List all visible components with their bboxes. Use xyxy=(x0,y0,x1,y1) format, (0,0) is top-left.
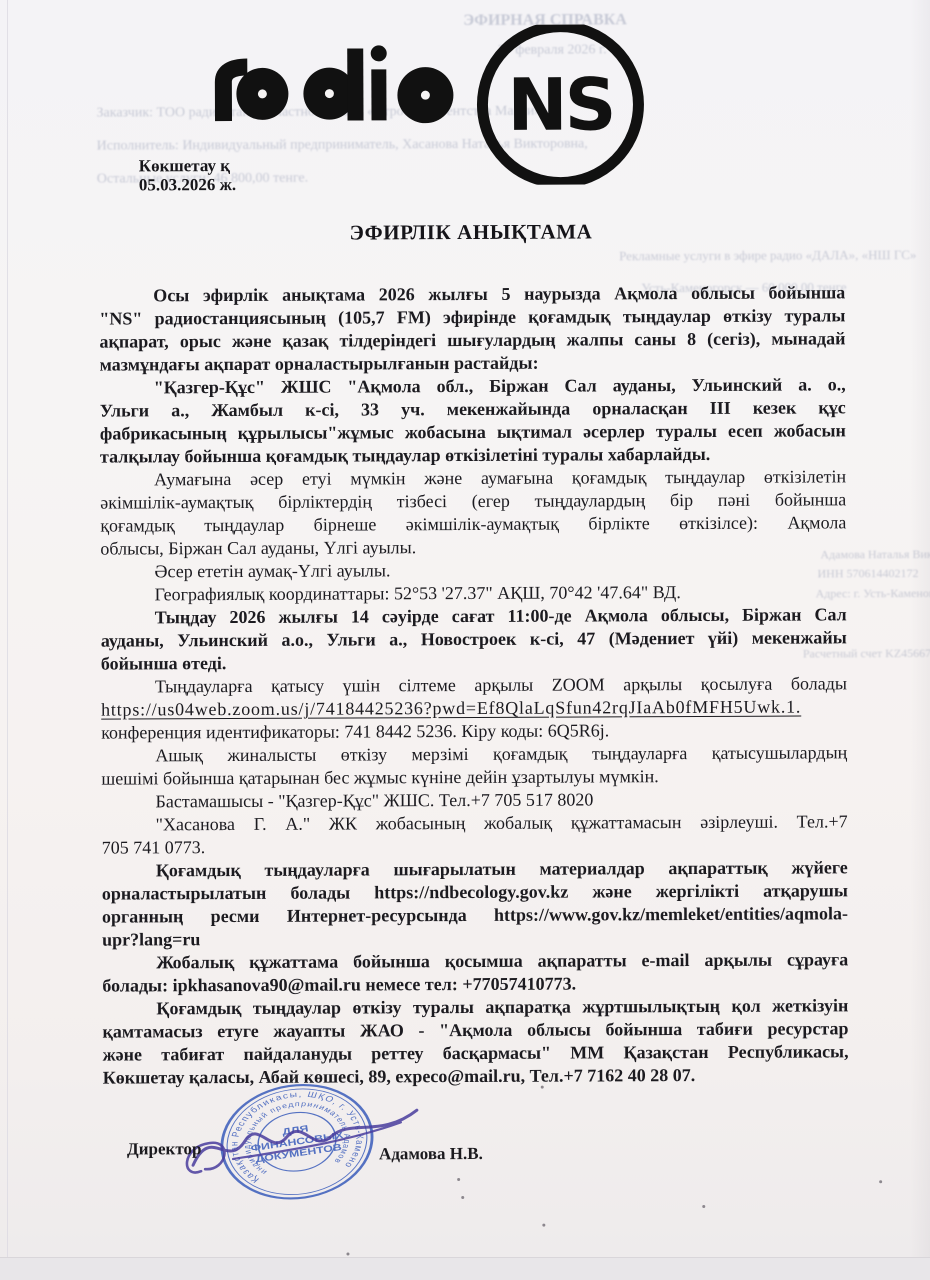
paragraph-line: Ульги а., Жамбыл к-сі, 33 уч. мекенжайын… xyxy=(100,396,846,422)
paragraph-line: әкімшілік-аумақтық бірліктердің тізбесі … xyxy=(100,488,846,514)
scan-speck xyxy=(346,1253,349,1256)
paragraph-line: конференция идентификаторы: 741 8442 523… xyxy=(101,718,847,744)
paragraph-line: қамтамасыз етуге жауапты ЖАО - "Ақмола о… xyxy=(102,1017,848,1043)
paragraph-line: Әсер ететін аумақ-Үлгі ауылы. xyxy=(100,557,846,583)
paragraph-line: "NS" радиостанциясының (105,7 FM) эфирін… xyxy=(99,304,845,330)
zoom-meeting-link[interactable]: https://us04web.zoom.us/j/74184425236?pw… xyxy=(101,695,847,721)
paragraph-line: болады: ipkhasanova90@mail.ru немесе тел… xyxy=(102,971,848,997)
paragraph-line: "Қазгер-Құс" ЖШС "Ақмола обл., Біржан Са… xyxy=(100,373,846,399)
paragraph-line: upr?lang=ru xyxy=(102,925,848,951)
paragraph-line: Географиялық координаттары: 52°53 '27.37… xyxy=(101,580,847,606)
paragraph-line: органның ресми Интернет-ресурсында https… xyxy=(102,902,848,928)
paragraph-line: "Хасанова Г. А." ЖК жобасының жобалық құ… xyxy=(102,810,848,836)
scan-speck xyxy=(702,1205,705,1208)
paragraph-line: бойынша өтеді. xyxy=(101,649,847,675)
scan-speck xyxy=(541,1086,544,1089)
document-content: ЭФИРНАЯ СПРАВКА27 февраля 2026 г.Заказчи… xyxy=(0,0,930,1259)
paragraph-line: фабрикасының құрылысы"жұмыс жобасына ықт… xyxy=(100,419,846,445)
date-line: 05.03.2026 ж. xyxy=(139,175,236,194)
place-line: Көкшетау қ xyxy=(139,156,236,175)
paragraph-line: Тыңдау 2026 жылғы 14 сәуірде сағат 11:00… xyxy=(101,603,847,629)
paragraph-line: Аумағына әсер етуі мүмкін және аумағына … xyxy=(100,465,846,491)
paragraph: Бастамашысы - "Қазгер-Құс" ЖШС. Тел.+7 7… xyxy=(101,787,847,813)
footer-role: Директор xyxy=(127,1139,201,1159)
paragraph-line: Осы эфирлік анықтама 2026 жылғы 5 наурыз… xyxy=(99,281,845,307)
paragraph: Жобалық құжаттама бойынша қосымша ақпара… xyxy=(102,948,848,997)
scan-speck xyxy=(457,1178,460,1181)
paragraph-line: шешімі бойынша қатарынан бес жұмыс күнін… xyxy=(101,764,847,790)
paragraph-line: мазмұндағы ақпарат орналастырылғанын рас… xyxy=(100,350,846,376)
paragraph: Осы эфирлік анықтама 2026 жылғы 5 наурыз… xyxy=(99,281,845,376)
place-date-block: Көкшетау қ 05.03.2026 ж. xyxy=(139,156,236,194)
paragraph-line: және табиғат пайдалануды реттеу басқарма… xyxy=(103,1040,849,1066)
paragraph-line: Тыңдауларға қатысу үшін сілтеме арқылы Z… xyxy=(101,672,847,698)
scan-speck xyxy=(461,1196,464,1199)
logo-letter-d-stem xyxy=(347,48,363,120)
logo-letter-i xyxy=(371,69,386,120)
paragraph: "Қазгер-Құс" ЖШС "Ақмола обл., Біржан Са… xyxy=(100,373,846,468)
paragraph-line: ауданы, Ульинский а.о., Ульги а., Новост… xyxy=(101,626,847,652)
paragraph-line: Жобалық құжаттама бойынша қосымша ақпара… xyxy=(102,948,848,974)
paragraph-line: орналастырылатын болады https://ndbecolo… xyxy=(102,879,848,905)
scan-speck xyxy=(542,1224,545,1227)
paragraph: Тыңдау 2026 жылғы 14 сәуірде сағат 11:00… xyxy=(101,603,847,675)
paragraph: Ашық жиналысты өткізу мерзімі қоғамдық т… xyxy=(101,741,847,790)
paragraph: "Хасанова Г. А." ЖК жобасының жобалық құ… xyxy=(102,810,848,859)
document-title: ЭФИРЛІК АНЫҚТАМА xyxy=(98,218,844,246)
document-body: Осы эфирлік анықтама 2026 жылғы 5 наурыз… xyxy=(99,281,849,1089)
paragraph-line: Қоғамдық тыңдаулар өткізу туралы ақпарат… xyxy=(102,994,848,1020)
paragraph: Қоғамдық тыңдауларға шығарылатын материа… xyxy=(102,856,848,951)
bleed-through-text: Рекламные услуги в эфире радио «ДАЛА», «… xyxy=(619,247,916,264)
paragraph: Географиялық координаттары: 52°53 '27.37… xyxy=(101,580,847,606)
scanned-document: { "document": { "place": "Көкшетау қ", "… xyxy=(0,0,930,1280)
paragraph-line: Қоғамдық тыңдауларға шығарылатын материа… xyxy=(102,856,848,882)
paragraph: Тыңдауларға қатысу үшін сілтеме арқылы Z… xyxy=(101,672,847,744)
radio-ns-logo: NS xyxy=(205,24,656,186)
paragraph-line: ақпарат, орыс және қазақ тілдеріндегі шы… xyxy=(99,327,845,353)
scan-speck xyxy=(879,1180,882,1183)
paragraph-line: облысы, Біржан Сал ауданы, Үлгі ауылы. xyxy=(100,534,846,560)
paragraph-line: талқылау бойынша қоғамдық тыңдаулар өткі… xyxy=(100,442,846,468)
scanner-background xyxy=(0,1257,930,1280)
logo-ns-text: NS xyxy=(507,62,613,146)
paragraph-line: Ашық жиналысты өткізу мерзімі қоғамдық т… xyxy=(101,741,847,767)
paragraph-line: 705 741 0773. xyxy=(102,833,848,859)
paragraph-line: қоғамдық тыңдаулар бірнеше әкімшілік-аум… xyxy=(100,511,846,537)
paragraph: Әсер ететін аумақ-Үлгі ауылы. xyxy=(100,557,846,583)
paragraph: Аумағына әсер етуі мүмкін және аумағына … xyxy=(100,465,846,560)
paragraph-line: Бастамашысы - "Қазгер-Құс" ЖШС. Тел.+7 7… xyxy=(101,787,847,813)
footer-name: Адамова Н.В. xyxy=(379,1144,483,1164)
